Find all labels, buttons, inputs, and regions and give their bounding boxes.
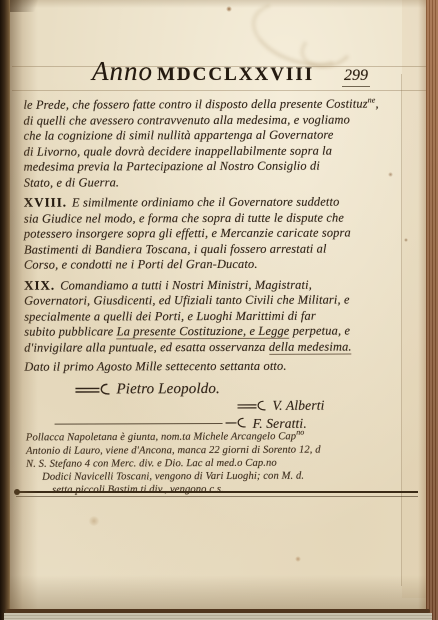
intro-paragraph: le Prede, che fossero fatte contro il di…: [23, 92, 411, 190]
intro-line-3: che la cognizione di simil nullità appar…: [24, 127, 412, 144]
intro-line-1: le Prede, che fossero fatte contro il di…: [23, 92, 411, 113]
article-19-line-2: Governatori, Giusdicenti, ed Ufiziali ta…: [24, 292, 412, 309]
article-18-line-3: potessero insorgere sopra gli effetti, e…: [24, 225, 412, 242]
article-19-line-1: XIX.Comandiamo a tutti i Nostri Ministri…: [24, 276, 412, 294]
paper-stain: [295, 556, 301, 562]
manuscript-body: le Prede, che fossero fatte contro il di…: [23, 92, 412, 431]
gutter-shadow: [10, 0, 38, 620]
bottom-page-edges: [4, 613, 432, 620]
anno-label: Anno: [92, 56, 153, 87]
article-18: XVIII.E similmente ordiniamo che il Gove…: [24, 193, 412, 273]
article-18-line-4: Bastimenti di Bandiera Toscana, i quali …: [24, 241, 412, 258]
annotation-block: Pollacca Napoletana è giunta, nom.ta Mic…: [26, 425, 412, 497]
top-edge-shadow: [10, 0, 426, 8]
signature-name: V. Alberti: [272, 398, 324, 414]
article-19-line-5: d'invigilare alla puntuale, ed esatta os…: [24, 339, 412, 356]
fore-edge-shadow: [418, 0, 426, 620]
paper-stain: [88, 516, 100, 526]
intro-line-4: di Livorno, quale dovrà decidere inappel…: [24, 143, 412, 160]
signature-name: Pietro Leopoldo.: [116, 382, 220, 398]
manuscript-page-photo: Anno MDCCLXXVIII 299 le Prede, che fosse…: [0, 0, 438, 620]
annotation-end-rule: [16, 491, 418, 497]
book-binding-edge: [0, 0, 10, 620]
dateline: Dato il primo Agosto Mille settecento se…: [24, 358, 412, 375]
underlined-phrase: La presente Costituzione, e Legge: [117, 324, 290, 340]
article-19-line-4: subito pubblicare La presente Costituzio…: [24, 323, 412, 340]
signature-flourish-icon: [74, 383, 110, 397]
article-18-line-1: XVIII.E similmente ordiniamo che il Gove…: [24, 193, 412, 211]
intro-line-5: medesima previa la Partecipazione al Nos…: [24, 158, 412, 175]
annotation-line-1: Pollacca Napoletana è giunta, nom.ta Mic…: [26, 425, 412, 444]
signature-flourish-icon: [236, 400, 266, 412]
page-header: Anno MDCCLXXVIII 299: [24, 56, 410, 87]
fore-edge-pages: [426, 0, 438, 620]
year-roman-numeral: MDCCLXXVIII: [157, 64, 314, 86]
article-18-line-5: Corso, e condotti ne i Porti del Gran-Du…: [24, 256, 412, 273]
intro-line-6: Stato, e di Guerra.: [24, 174, 412, 191]
underlined-phrase: della medesima.: [269, 339, 352, 354]
superscript-abbrev: no: [296, 428, 304, 437]
article-19-line-3: specialmente a quelli dei Porti, e Luogh…: [24, 308, 412, 325]
page-number: 299: [342, 67, 370, 87]
article-18-line-2: sia Giudice nel modo, e forma che sopra …: [24, 210, 412, 227]
signature-rule: [55, 423, 223, 425]
intro-line-2: di quelli che avessero contravvenuto all…: [23, 112, 411, 129]
superscript-abbrev: ne: [368, 95, 376, 104]
signature-pietro-leopoldo: Pietro Leopoldo.: [74, 381, 412, 398]
article-19: XIX.Comandiamo a tutti i Nostri Ministri…: [24, 276, 412, 356]
header-rule-bottom: [12, 90, 426, 91]
bottom-edge-shadow: [10, 575, 426, 609]
signature-v-alberti: V. Alberti: [236, 397, 412, 413]
